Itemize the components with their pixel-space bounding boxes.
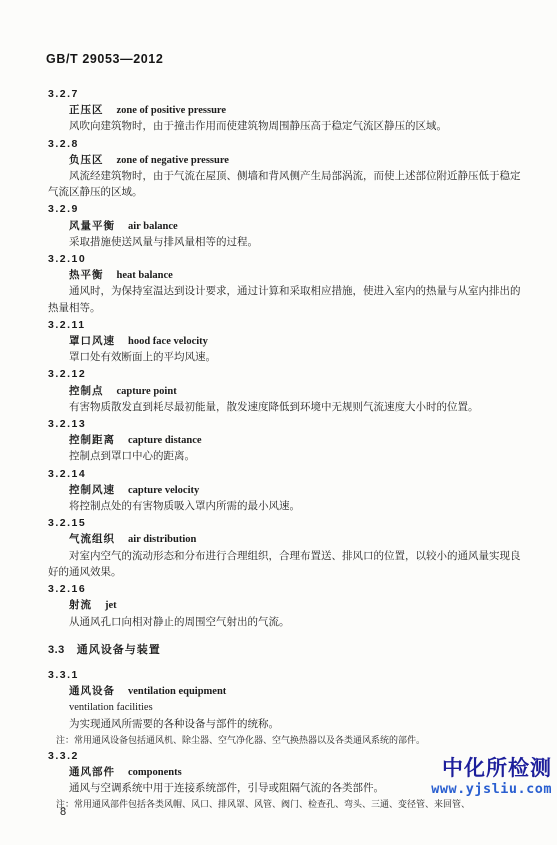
term-name-line: 热平衡heat balance <box>48 267 522 284</box>
equipment-terms-list: 3.3.1 通风设备ventilation equipment ventilat… <box>48 667 522 812</box>
term-definition: 风流经建筑物时，由于气流在屋顶、侧墙和背风侧产生局部涡流，而使上述部位附近静压低… <box>48 169 522 201</box>
term-number: 3.3.1 <box>48 667 522 683</box>
term-entry: 3.2.13 控制距离capture distance 控制点到罩口中心的距离。 <box>48 416 522 466</box>
term-number: 3.2.11 <box>48 317 522 333</box>
term-name-en: hood face velocity <box>128 336 208 347</box>
term-name-en: heat balance <box>117 270 173 281</box>
term-name-zh: 射流 <box>69 599 92 611</box>
term-entry: 3.2.14 控制风速capture velocity 将控制点处的有害物质吸入… <box>48 466 522 516</box>
term-definition: 通风与空调系统中用于连接系统部件，引导或阻隔气流的各类部件。 <box>48 781 522 797</box>
term-entry: 3.2.7 正压区zone of positive pressure 风吹向建筑… <box>48 86 522 136</box>
term-definition: 将控制点处的有害物质吸入罩内所需的最小风速。 <box>48 499 522 515</box>
term-number: 3.3.2 <box>48 748 522 764</box>
term-name-line: 射流jet <box>48 597 522 614</box>
term-name-line: 风量平衡air balance <box>48 218 522 235</box>
term-name-zh: 负压区 <box>69 154 104 166</box>
term-name-en: capture point <box>117 386 177 397</box>
term-number: 3.2.7 <box>48 86 522 102</box>
term-name-en: components <box>128 767 182 778</box>
term-name-en: jet <box>105 600 117 611</box>
term-entry: 3.2.11 罩口风速hood face velocity 罩口处有效断面上的平… <box>48 317 522 367</box>
term-name-line: 通风设备ventilation equipment <box>48 683 522 700</box>
term-entry: 3.2.15 气流组织air distribution 对室内空气的流动形态和分… <box>48 515 522 581</box>
term-number: 3.2.13 <box>48 416 522 432</box>
term-name-en: air distribution <box>128 534 196 545</box>
term-entry: 3.2.16 射流jet 从通风孔口向相对静止的周围空气射出的气流。 <box>48 581 522 631</box>
term-name-en: air balance <box>128 221 178 232</box>
term-name-line: 控制点capture point <box>48 383 522 400</box>
term-name-zh: 控制点 <box>69 385 104 397</box>
terms-list: 3.2.7 正压区zone of positive pressure 风吹向建筑… <box>48 86 522 631</box>
term-definition: 风吹向建筑物时，由于撞击作用而使建筑物周围静压高于稳定气流区静压的区域。 <box>48 119 522 135</box>
term-name-line: 负压区zone of negative pressure <box>48 152 522 169</box>
term-name-zh: 控制风速 <box>69 484 115 496</box>
term-name-zh: 通风设备 <box>69 685 115 697</box>
term-entry: 3.3.2 通风部件components 通风与空调系统中用于连接系统部件，引导… <box>48 748 522 813</box>
term-number: 3.2.9 <box>48 201 522 217</box>
term-entry: 3.2.8 负压区zone of negative pressure 风流经建筑… <box>48 136 522 202</box>
document-content: 3.2.7 正压区zone of positive pressure 风吹向建筑… <box>48 86 522 812</box>
term-name-zh: 风量平衡 <box>69 220 115 232</box>
term-name-line: 控制距离capture distance <box>48 432 522 449</box>
term-name-line: 罩口风速hood face velocity <box>48 333 522 350</box>
term-name-en: ventilation equipment <box>128 686 226 697</box>
term-number: 3.2.10 <box>48 251 522 267</box>
term-definition: 通风时，为保持室温达到设计要求，通过计算和采取相应措施，使进入室内的热量与从室内… <box>48 284 522 316</box>
term-number: 3.2.15 <box>48 515 522 531</box>
term-definition: 从通风孔口向相对静止的周围空气射出的气流。 <box>48 615 522 631</box>
term-number: 3.2.14 <box>48 466 522 482</box>
term-name-line: 正压区zone of positive pressure <box>48 102 522 119</box>
term-name-zh: 罩口风速 <box>69 335 115 347</box>
term-name-zh: 热平衡 <box>69 269 104 281</box>
page-number: 8 <box>60 806 66 818</box>
section-title: 通风设备与装置 <box>77 644 161 656</box>
term-note: 注：常用通风设备包括通风机、除尘器、空气净化器、空气换热器以及各类通风系统的部件… <box>48 733 522 748</box>
term-name-line: 通风部件components <box>48 764 522 781</box>
term-name-zh: 通风部件 <box>69 766 115 778</box>
term-note: 注：常用通风部件包括各类风帽、风口、排风罩、风管、阀门、检查孔、弯头、三通、变径… <box>48 797 522 812</box>
document-page: GB/T 29053—2012 3.2.7 正压区zone of positiv… <box>0 0 557 845</box>
term-definition: 罩口处有效断面上的平均风速。 <box>48 350 522 366</box>
term-name-zh: 气流组织 <box>69 533 115 545</box>
term-number: 3.2.12 <box>48 366 522 382</box>
section-heading: 3.3通风设备与装置 <box>48 642 522 658</box>
term-number: 3.2.16 <box>48 581 522 597</box>
term-entry: 3.2.9 风量平衡air balance 采取措施使送风量与排风量相等的过程。 <box>48 201 522 251</box>
term-name-line: 控制风速capture velocity <box>48 482 522 499</box>
term-definition: 为实现通风所需要的各种设备与部件的统称。 <box>48 717 522 733</box>
term-name-zh: 正压区 <box>69 104 104 116</box>
term-entry: 3.3.1 通风设备ventilation equipment ventilat… <box>48 667 522 748</box>
term-definition: 对室内空气的流动形态和分布进行合理组织，合理布置送、排风口的位置，以较小的通风量… <box>48 549 522 581</box>
term-name-en: zone of negative pressure <box>117 155 229 166</box>
term-entry: 3.2.10 热平衡heat balance 通风时，为保持室温达到设计要求，通… <box>48 251 522 317</box>
standard-number: GB/T 29053—2012 <box>46 52 163 66</box>
term-name-en: capture velocity <box>128 485 199 496</box>
term-number: 3.2.8 <box>48 136 522 152</box>
term-name-zh: 控制距离 <box>69 434 115 446</box>
term-definition: 控制点到罩口中心的距离。 <box>48 449 522 465</box>
term-name-line: 气流组织air distribution <box>48 531 522 548</box>
term-entry: 3.2.12 控制点capture point 有害物质散发直到耗尽最初能量，散… <box>48 366 522 416</box>
term-name-en-alt: ventilation facilities <box>48 700 522 716</box>
term-name-en: zone of positive pressure <box>117 105 227 116</box>
section-number: 3.3 <box>48 644 65 656</box>
term-definition: 有害物质散发直到耗尽最初能量，散发速度降低到环境中无规则气流速度大小时的位置。 <box>48 400 522 416</box>
term-name-en: capture distance <box>128 435 202 446</box>
term-definition: 采取措施使送风量与排风量相等的过程。 <box>48 235 522 251</box>
